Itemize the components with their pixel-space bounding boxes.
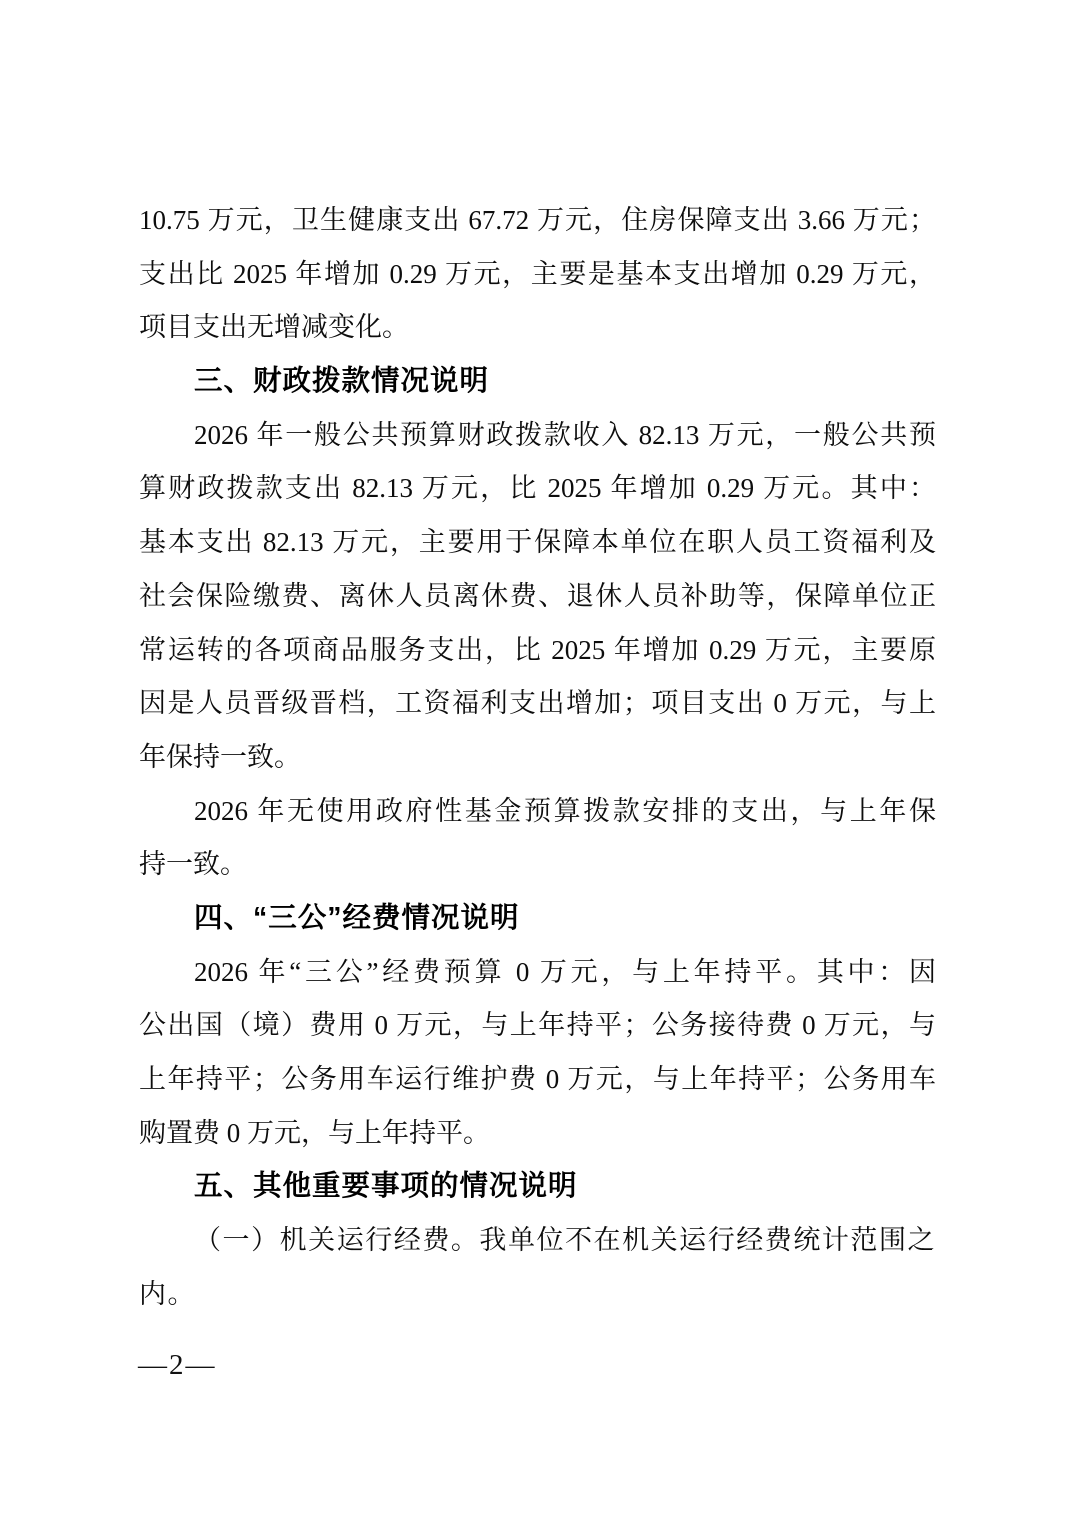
document-page: 10.75 万元，卫生健康支出 67.72 万元，住房保障支出 3.66 万元；… <box>0 0 1074 1520</box>
text-line: 2026 年一般公共预算财政拨款收入 82.13 万元，一般公共预 <box>139 409 936 463</box>
paragraph: 2026 年无使用政府性基金预算拨款安排的支出，与上年保持一致。 <box>139 785 936 892</box>
text-line: 社会保险缴费、离休人员离休费、退休人员补助等，保障单位正 <box>139 570 936 624</box>
text-line: 上年持平；公务用车运行维护费 0 万元，与上年持平；公务用车 <box>139 1053 936 1107</box>
text-line: 2026 年“三公”经费预算 0 万元，与上年持平。其中：因 <box>139 946 936 1000</box>
section: 三、财政拨款情况说明 <box>139 355 936 409</box>
text-line: 常运转的各项商品服务支出，比 2025 年增加 0.29 万元，主要原 <box>139 624 936 678</box>
text-line: 持一致。 <box>139 838 936 892</box>
text-line: 支出比 2025 年增加 0.29 万元，主要是基本支出增加 0.29 万元， <box>139 248 936 302</box>
section-heading: 四、“三公”经费情况说明 <box>139 892 936 946</box>
text-line: 算财政拨款支出 82.13 万元，比 2025 年增加 0.29 万元。其中： <box>139 462 936 516</box>
section-heading: 三、财政拨款情况说明 <box>139 355 936 409</box>
text-line: （一）机关运行经费。我单位不在机关运行经费统计范围之 <box>139 1214 936 1268</box>
text-line: 10.75 万元，卫生健康支出 67.72 万元，住房保障支出 3.66 万元； <box>139 194 936 248</box>
text-line: 基本支出 82.13 万元，主要用于保障本单位在职人员工资福利及 <box>139 516 936 570</box>
page-number: —2— <box>138 1347 217 1383</box>
document-body: 10.75 万元，卫生健康支出 67.72 万元，住房保障支出 3.66 万元；… <box>139 194 936 1321</box>
text-line: 项目支出无增减变化。 <box>139 301 936 355</box>
text-line: 2026 年无使用政府性基金预算拨款安排的支出，与上年保 <box>139 785 936 839</box>
text-line: 购置费 0 万元，与上年持平。 <box>139 1107 936 1161</box>
text-line: 因是人员晋级晋档，工资福利支出增加；项目支出 0 万元，与上 <box>139 677 936 731</box>
paragraph: 10.75 万元，卫生健康支出 67.72 万元，住房保障支出 3.66 万元；… <box>139 194 936 355</box>
paragraph: 2026 年一般公共预算财政拨款收入 82.13 万元，一般公共预算财政拨款支出… <box>139 409 936 785</box>
section-heading: 五、其他重要事项的情况说明 <box>139 1160 936 1214</box>
section: 四、“三公”经费情况说明 <box>139 892 936 946</box>
paragraph: 2026 年“三公”经费预算 0 万元，与上年持平。其中：因公出国（境）费用 0… <box>139 946 936 1161</box>
text-line: 公出国（境）费用 0 万元，与上年持平；公务接待费 0 万元，与 <box>139 999 936 1053</box>
text-line: 年保持一致。 <box>139 731 936 785</box>
section: 五、其他重要事项的情况说明 <box>139 1160 936 1214</box>
paragraph: （一）机关运行经费。我单位不在机关运行经费统计范围之内。 <box>139 1214 936 1321</box>
text-line: 内。 <box>139 1268 936 1322</box>
